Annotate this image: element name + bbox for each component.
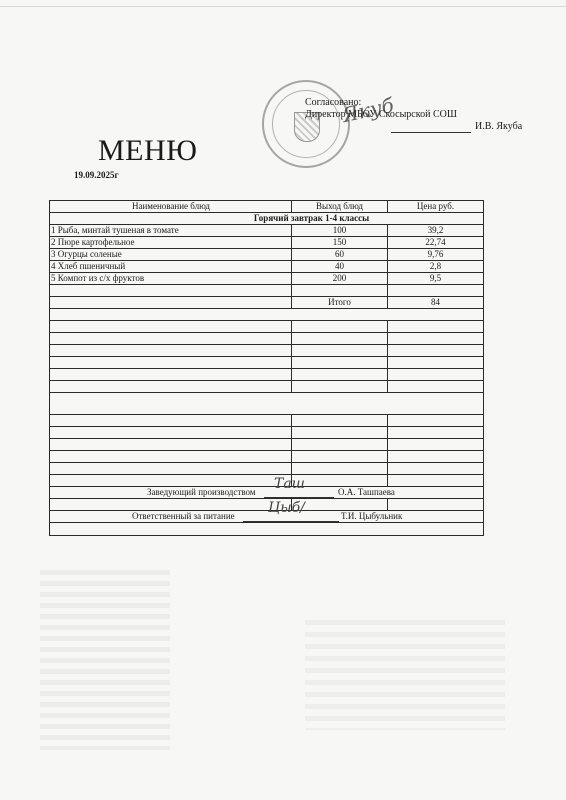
empty-row bbox=[50, 427, 483, 439]
dish-name: 1 Рыба, минтай тушеная в томате bbox=[50, 225, 292, 236]
production-signature: Таш bbox=[274, 479, 305, 490]
nutrition-name: Т.И. Цыбульник bbox=[341, 511, 402, 522]
approval-label: Согласовано: bbox=[305, 97, 522, 109]
approval-block: Согласовано: Директор МБОУ Скосырской СО… bbox=[305, 97, 522, 133]
dish-yield: 40 bbox=[292, 261, 388, 272]
menu-table: Наименование блюд Выход блюд Цена руб. Г… bbox=[49, 200, 484, 536]
empty-row bbox=[50, 345, 483, 357]
dish-name: 5 Компот из с/х фруктов bbox=[50, 273, 292, 284]
production-name: О.А. Ташпаева bbox=[338, 487, 395, 498]
dish-yield: 100 bbox=[292, 225, 388, 236]
dish-yield: 200 bbox=[292, 273, 388, 284]
signature-line bbox=[243, 521, 339, 522]
empty-row bbox=[50, 333, 483, 345]
total-value: 84 bbox=[388, 297, 483, 308]
nutrition-label: Ответственный за питание bbox=[132, 511, 235, 522]
signature-line bbox=[264, 497, 334, 498]
empty-row bbox=[50, 463, 483, 475]
signature-line bbox=[391, 132, 471, 133]
empty-row bbox=[50, 381, 483, 393]
dish-price: 2,8 bbox=[388, 261, 483, 272]
nutrition-signature: Цыб/ bbox=[268, 503, 305, 514]
header-price: Цена руб. bbox=[388, 201, 483, 212]
empty-row bbox=[50, 451, 483, 463]
section-row: Горячий завтрак 1-4 классы bbox=[50, 213, 483, 225]
dish-price: 9,76 bbox=[388, 249, 483, 260]
empty-row bbox=[50, 285, 483, 297]
empty-row bbox=[50, 475, 483, 487]
table-row: 1 Рыба, минтай тушеная в томате 100 39,2 bbox=[50, 225, 483, 237]
dish-price: 39,2 bbox=[388, 225, 483, 236]
bleed-through-text bbox=[40, 570, 170, 750]
total-label: Итого bbox=[292, 297, 388, 308]
production-label: Заведующий производством bbox=[147, 487, 256, 498]
table-row: 4 Хлеб пшеничный 40 2,8 bbox=[50, 261, 483, 273]
empty-row bbox=[50, 499, 483, 511]
dish-yield: 150 bbox=[292, 237, 388, 248]
dish-price: 9,5 bbox=[388, 273, 483, 284]
page-title: МЕНЮ bbox=[98, 134, 198, 168]
section-title: Горячий завтрак 1-4 классы bbox=[50, 213, 483, 224]
total-row: Итого 84 bbox=[50, 297, 483, 309]
empty-row bbox=[50, 523, 483, 535]
dish-name: 4 Хлеб пшеничный bbox=[50, 261, 292, 272]
menu-date: 19.09.2025г bbox=[74, 170, 119, 180]
empty-row bbox=[50, 415, 483, 427]
table-row: 2 Пюре картофельное 150 22,74 bbox=[50, 237, 483, 249]
signature-row-nutrition: Ответственный за питание Цыб/ Т.И. Цыбул… bbox=[50, 511, 483, 523]
empty-row bbox=[50, 393, 483, 415]
dish-yield: 60 bbox=[292, 249, 388, 260]
bleed-through-text bbox=[305, 620, 505, 730]
approval-position: Директор МБОУ Скосырской СОШ bbox=[305, 109, 522, 121]
table-header: Наименование блюд Выход блюд Цена руб. bbox=[50, 201, 483, 213]
dish-name: 3 Огурцы соленые bbox=[50, 249, 292, 260]
signature-row-production: Заведующий производством Таш О.А. Ташпае… bbox=[50, 487, 483, 499]
header-yield: Выход блюд bbox=[292, 201, 388, 212]
empty-row bbox=[50, 309, 483, 321]
empty-row bbox=[50, 321, 483, 333]
empty-row bbox=[50, 369, 483, 381]
dish-price: 22,74 bbox=[388, 237, 483, 248]
dish-name: 2 Пюре картофельное bbox=[50, 237, 292, 248]
table-row: 5 Компот из с/х фруктов 200 9,5 bbox=[50, 273, 483, 285]
empty-row bbox=[50, 439, 483, 451]
header-dish-name: Наименование блюд bbox=[50, 201, 292, 212]
table-row: 3 Огурцы соленые 60 9,76 bbox=[50, 249, 483, 261]
empty-row bbox=[50, 357, 483, 369]
scan-edge bbox=[0, 6, 566, 7]
approval-name: И.В. Якуба bbox=[475, 121, 522, 132]
